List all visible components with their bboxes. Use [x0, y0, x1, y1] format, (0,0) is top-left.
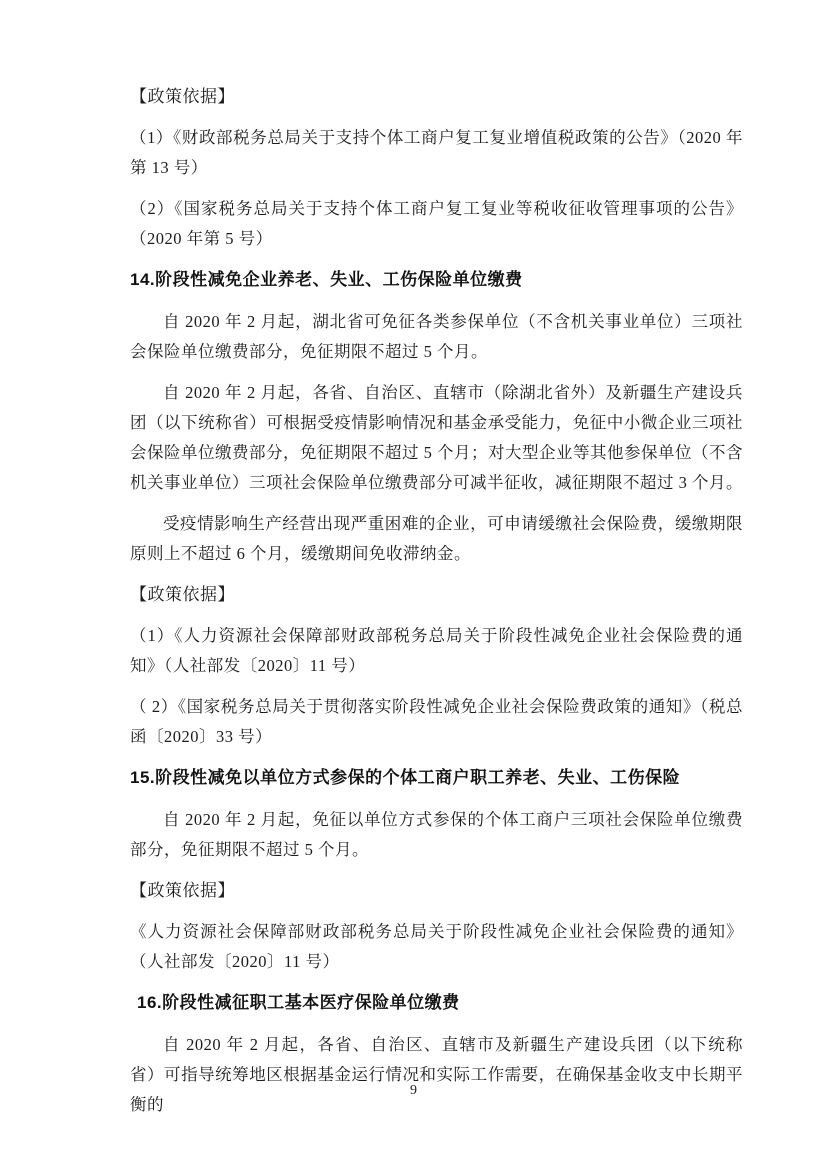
- policy-basis-label: 【政策依据】: [130, 580, 743, 610]
- page-number: 9: [0, 1083, 827, 1099]
- reference-item-2: （2）《国家税务总局关于支持个体工商户复工复业等税收征收管理事项的公告》（202…: [130, 194, 743, 254]
- reference-item-2: （ 2）《国家税务总局关于贯彻落实阶段性减免企业社会保险费政策的通知》（税总函〔…: [130, 692, 743, 752]
- section-heading-14: 14.阶段性减免企业养老、失业、工伤保险单位缴费: [130, 265, 743, 295]
- policy-basis-label: 【政策依据】: [130, 82, 743, 112]
- reference-item-1: （1）《财政部税务总局关于支持个体工商户复工复业增值税政策的公告》（2020 年…: [130, 123, 743, 183]
- section-15-paragraph-1: 自 2020 年 2 月起，免征以单位方式参保的个体工商户三项社会保险单位缴费部…: [130, 805, 743, 865]
- document-body: 【政策依据】 （1）《财政部税务总局关于支持个体工商户复工复业增值税政策的公告》…: [130, 80, 743, 1131]
- document-page: 【政策依据】 （1）《财政部税务总局关于支持个体工商户复工复业增值税政策的公告》…: [0, 0, 827, 1170]
- policy-basis-label: 【政策依据】: [130, 876, 743, 906]
- reference-item: 《人力资源社会保障部财政部税务总局关于阶段性减免企业社会保险费的通知》（人社部发…: [130, 917, 743, 977]
- section-14-paragraph-3: 受疫情影响生产经营出现严重困难的企业，可申请缓缴社会保险费，缓缴期限原则上不超过…: [130, 509, 743, 569]
- section-16-paragraph-1: 自 2020 年 2 月起，各省、自治区、直辖市及新疆生产建设兵团（以下统称省）…: [130, 1030, 743, 1120]
- section-14-paragraph-1: 自 2020 年 2 月起，湖北省可免征各类参保单位（不含机关事业单位）三项社会…: [130, 307, 743, 367]
- section-heading-16: 16.阶段性减征职工基本医疗保险单位缴费: [130, 988, 743, 1018]
- section-14-paragraph-2: 自 2020 年 2 月起，各省、自治区、直辖市（除湖北省外）及新疆生产建设兵团…: [130, 378, 743, 498]
- section-heading-15: 15.阶段性减免以单位方式参保的个体工商户职工养老、失业、工伤保险: [130, 763, 743, 793]
- reference-item-1: （1）《人力资源社会保障部财政部税务总局关于阶段性减免企业社会保险费的通知》（人…: [130, 621, 743, 681]
